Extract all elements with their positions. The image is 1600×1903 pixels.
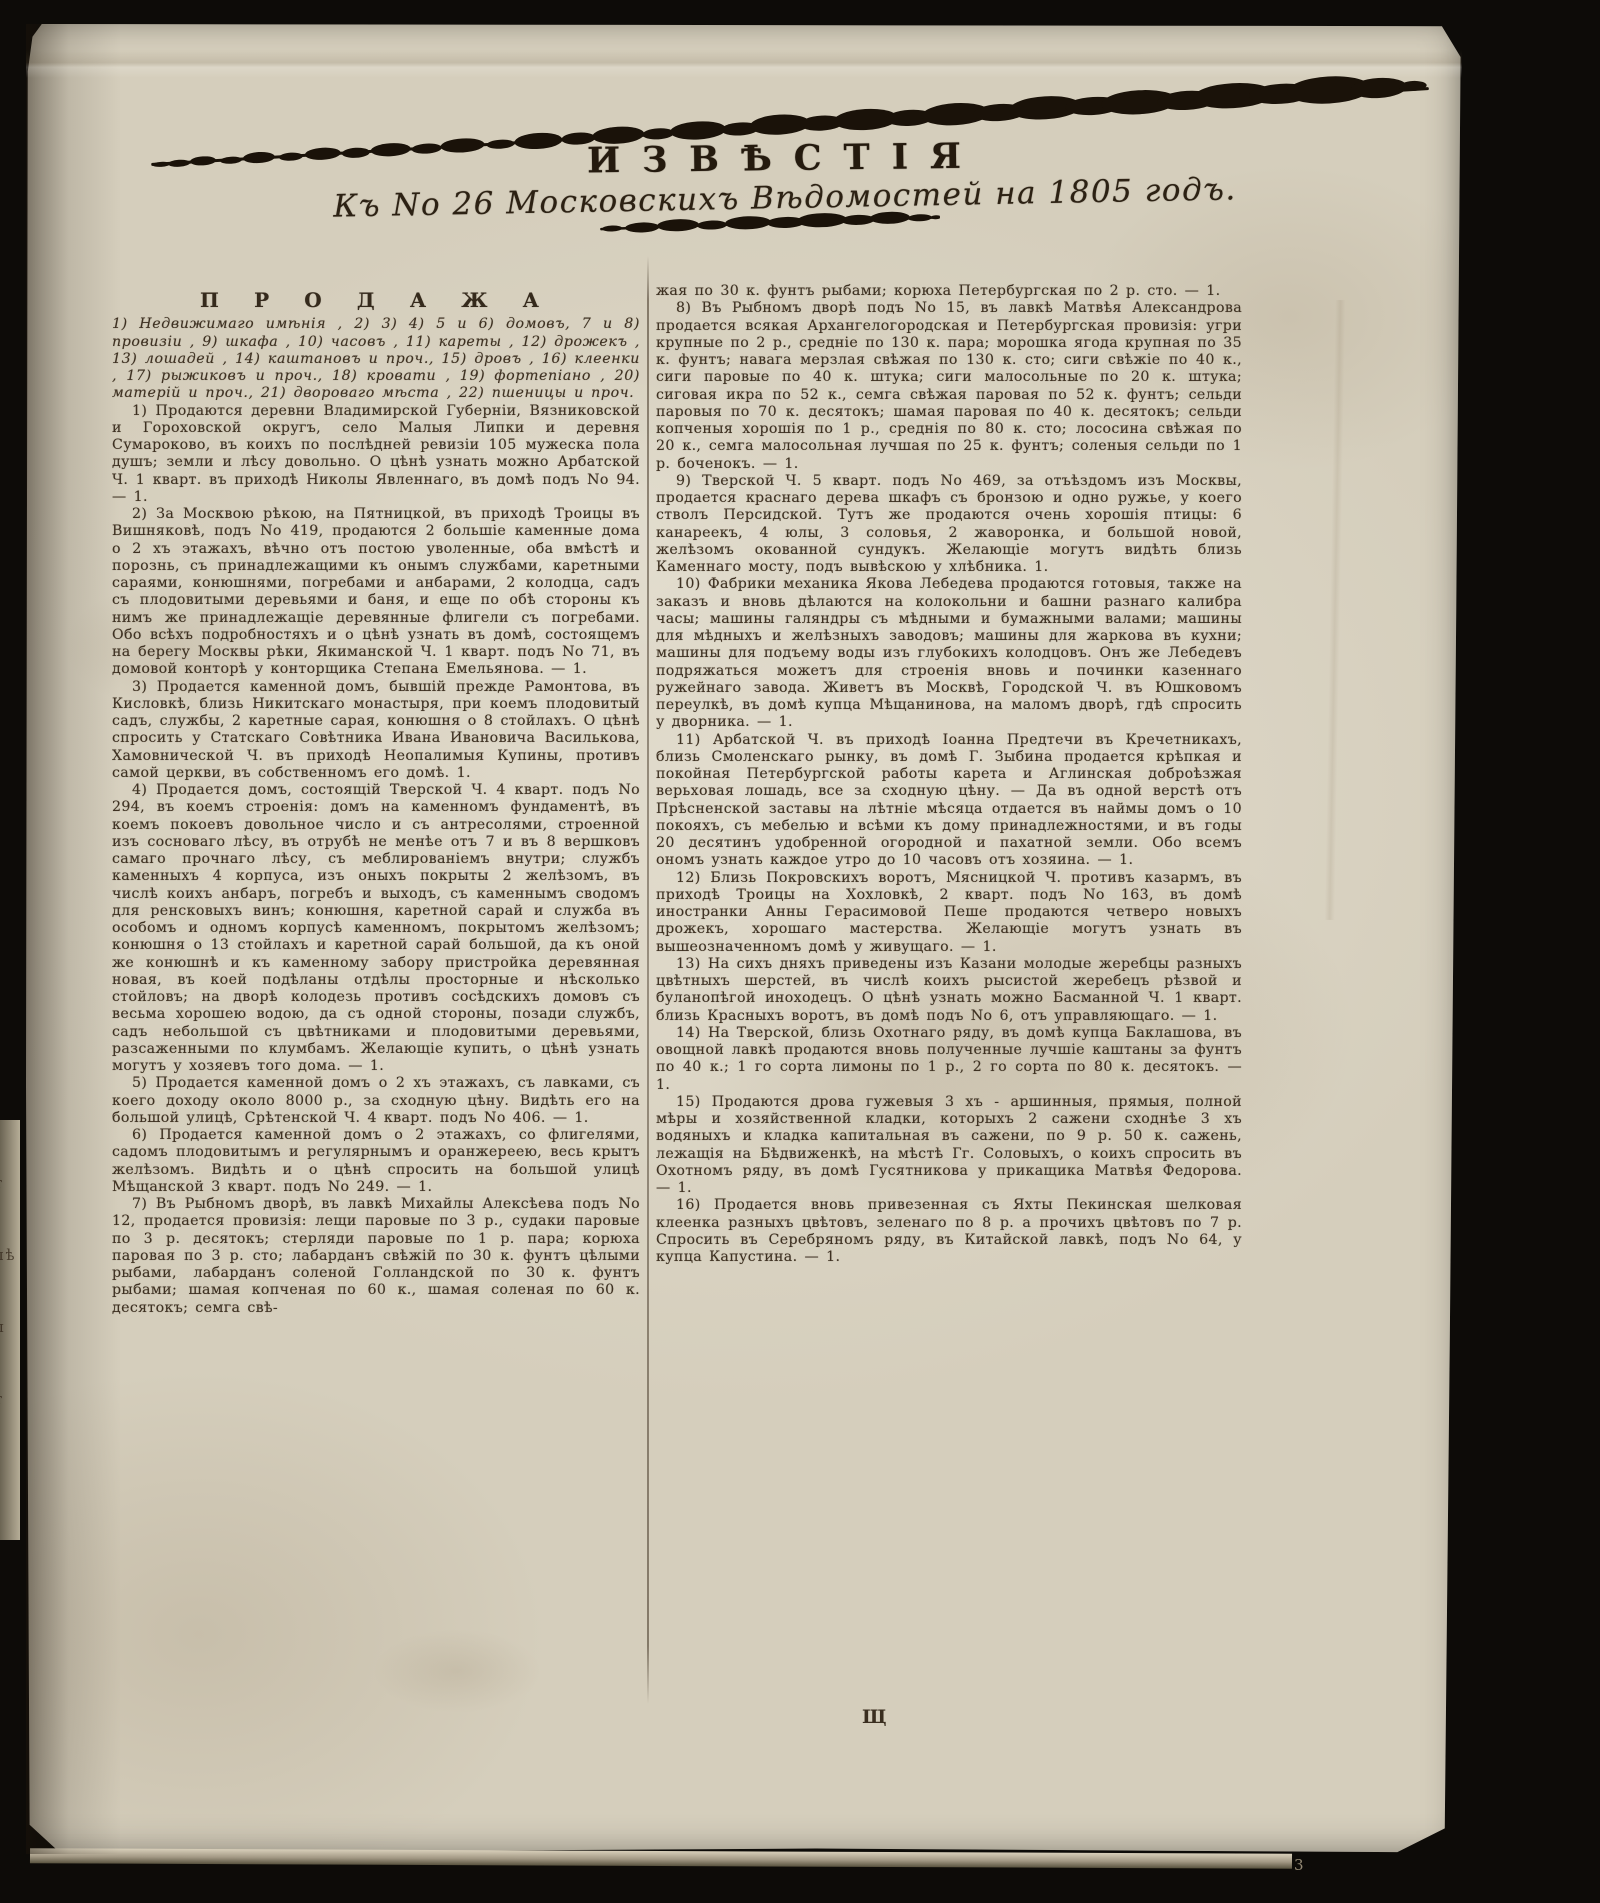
signature-mark: Щ (862, 1706, 888, 1728)
ad-paragraph-15: 15) Продаются дрова гужевыя 3 хъ - аршин… (656, 1094, 1242, 1198)
ad-paragraph-6: 6) Продается каменной домъ о 2 этажахъ, … (112, 1127, 640, 1196)
ad-paragraph-10: 10) Фабрики механика Якова Лебедева прод… (656, 576, 1242, 731)
ad-paragraph-2: 2) За Москвою рѣкою, на Пятницкой, въ пр… (112, 506, 640, 679)
margin-fragment: п (0, 1318, 20, 1336)
ad-paragraph-4: 4) Продается домъ, состоящій Тверской Ч.… (112, 782, 640, 1075)
scanned-book-photo: { "page": { "title": "ИЗВѢСТІЯ", "subtit… (0, 0, 1600, 1903)
margin-fragment: т (0, 1174, 20, 1192)
ad-paragraph-16: 16) Продается вновь привезенная съ Яхты … (656, 1197, 1242, 1266)
adjacent-page-sliver: т лѣ п т (0, 1120, 20, 1540)
ad-paragraph-1: 1) Продаются деревни Владимирской Губерн… (112, 403, 640, 507)
ad-paragraph-9: 9) Тверской Ч. 5 кварт. подъ No 469, за … (656, 473, 1242, 577)
margin-fragment: лѣ (0, 1246, 20, 1264)
ad-paragraph-12: 12) Близь Покровскихъ воротъ, Мясницкой … (656, 870, 1242, 956)
column-divider-rule (647, 256, 649, 1704)
right-column: жая по 30 к. фунтъ рыбами; корюха Петерб… (656, 283, 1242, 1719)
ad-paragraph-3: 3) Продается каменной домъ, бывшій прежд… (112, 679, 640, 783)
ad-paragraph-11: 11) Арбатской Ч. въ приходѣ Іоанна Предт… (656, 732, 1242, 870)
section-heading: П Р О Д А Ж А (112, 292, 640, 309)
ad-paragraph-7: 7) Въ Рыбномъ дворѣ, въ лавкѣ Михайлы Ал… (112, 1196, 640, 1317)
margin-fragment: т (0, 1390, 20, 1408)
left-column: П Р О Д А Ж А 1) Недвижимаго имѣнія , 2)… (112, 292, 640, 1562)
ad-paragraph-13: 13) На сихъ дняхъ приведены изъ Казани м… (656, 956, 1242, 1025)
page-block-edge (30, 1848, 1292, 1869)
ad-paragraph-14: 14) На Тверской, близь Охотнаго ряду, въ… (656, 1025, 1242, 1094)
ad-paragraph-5: 5) Продается каменной домъ о 2 хъ этажах… (112, 1075, 640, 1127)
page-number: 3 (1294, 1856, 1304, 1874)
ad-paragraph-8: 8) Въ Рыбномъ дворѣ подъ No 15, въ лавкѣ… (656, 300, 1242, 473)
ad-paragraph-7-continuation: жая по 30 к. фунтъ рыбами; корюха Петерб… (656, 283, 1242, 300)
index-paragraph: 1) Недвижимаго имѣнія , 2) 3) 4) 5 и 6) … (112, 316, 640, 402)
